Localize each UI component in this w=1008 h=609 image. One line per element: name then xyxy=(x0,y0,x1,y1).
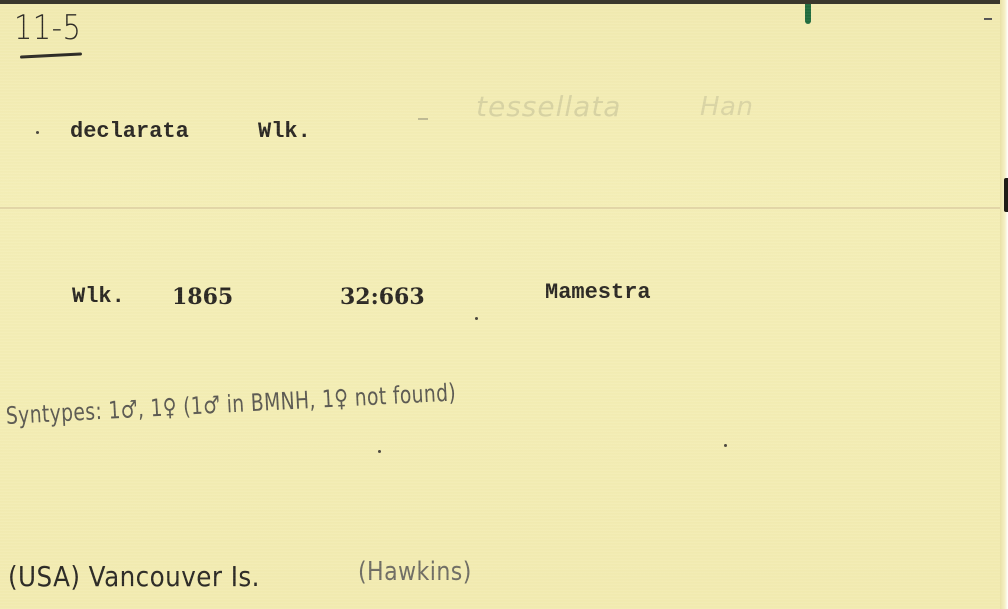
syntypes-note: Syntypes: 1♂, 1♀ (1♂ in BMNH, 1♀ not fou… xyxy=(5,378,457,430)
reference-year: 1865 xyxy=(172,284,233,310)
faint-dash-mark xyxy=(418,118,428,120)
card-edge-notch xyxy=(1004,178,1008,212)
species-author: Wlk. xyxy=(258,119,311,144)
scan-right-edge xyxy=(1000,0,1008,609)
corner-dash-mark xyxy=(984,18,992,20)
paper-speck xyxy=(724,444,727,447)
locality: (USA) Vancouver Is. xyxy=(8,560,260,593)
index-card: 11-5 tessellata Han declarata Wlk. Wlk. … xyxy=(0,4,1000,609)
faint-pencil-author: Han xyxy=(700,92,753,122)
ruled-line xyxy=(0,207,1000,209)
paper-speck xyxy=(378,450,381,453)
green-tab-marker xyxy=(805,4,811,24)
original-genus: Mamestra xyxy=(545,280,651,305)
collector: (Hawkins) xyxy=(358,557,472,587)
card-number-underline xyxy=(20,52,82,58)
faint-pencil-name: tessellata xyxy=(476,90,621,123)
reference-author: Wlk. xyxy=(72,284,125,309)
reference-volume-page: 32:663 xyxy=(340,284,425,310)
species-name: declarata xyxy=(70,119,189,144)
card-number: 11-5 xyxy=(14,8,81,48)
paper-speck xyxy=(475,317,478,320)
paper-speck xyxy=(36,131,39,134)
